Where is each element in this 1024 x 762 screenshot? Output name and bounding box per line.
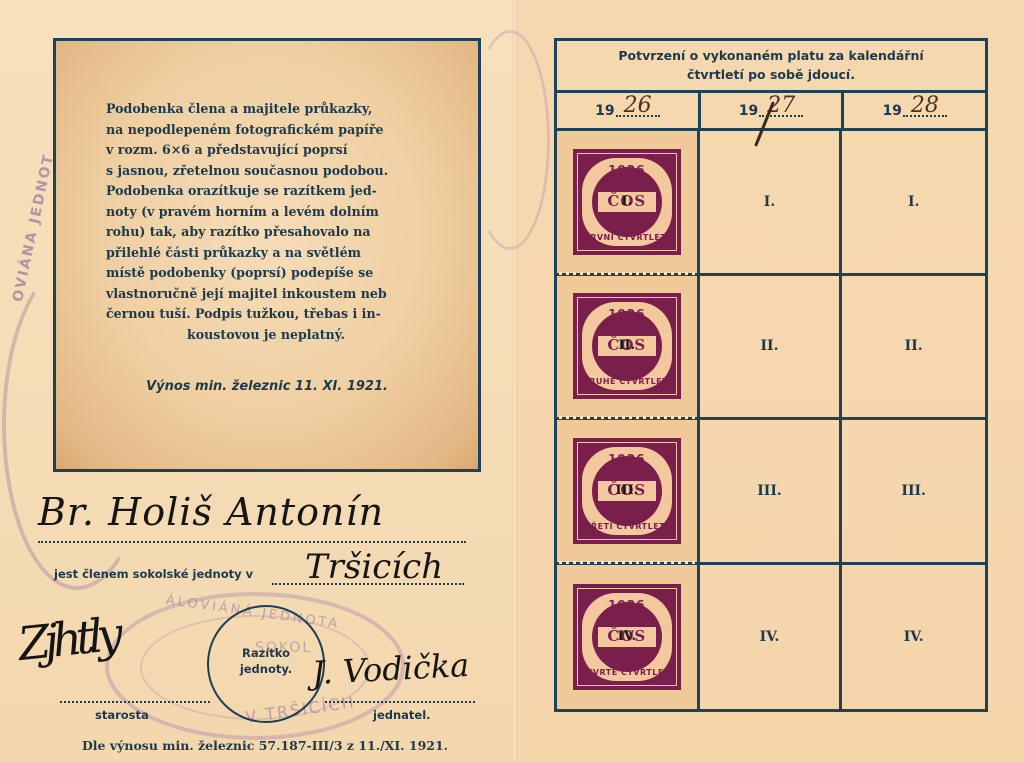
dues-stamp: 1926 ČOS TŘETÍ ČTVRTLETÍ III.: [573, 438, 681, 544]
name-dotted-line: [38, 541, 466, 543]
year-prefix: 19: [595, 103, 614, 119]
instruction-line: s jasnou, zřetelnou současnou podobou.: [106, 161, 426, 182]
perforation: [559, 416, 695, 419]
instruction-line: Podobenka orazítkuje se razítkem jed-: [106, 181, 426, 202]
photo-instructions: Podobenka člena a majitele průkazky, na …: [106, 99, 426, 345]
quarter-cell-1927-q3: III.: [700, 420, 843, 565]
stamp-quarter-text: PRVNÍ ČTVRTLETÍ: [573, 233, 681, 242]
stamp-overprint: I.: [573, 194, 681, 209]
quarter-cell-1927-q2: II.: [700, 276, 843, 421]
stamp-year: 1926: [573, 598, 681, 612]
decree-footer: Dle výnosu min. železnic 57.187-III/3 z …: [50, 738, 480, 753]
secretary-label: jednatel.: [373, 708, 431, 722]
perforation: [559, 561, 695, 564]
stamp-overprint: IV.: [573, 629, 681, 644]
stamp-quarter-text: TŘETÍ ČTVRTLETÍ: [573, 522, 681, 531]
photo-placeholder-box: Podobenka člena a majitele průkazky, na …: [53, 38, 481, 472]
instruction-line: přilehlé části průkazky a na světlém: [106, 243, 426, 264]
member-label: jest členem sokolské jednoty v: [54, 567, 253, 581]
unit-place: Tršicích: [305, 547, 443, 587]
year-prefix: 19: [882, 103, 901, 119]
quarter-cell-1928-q4: IV.: [842, 565, 985, 710]
stamp-year: 1926: [573, 163, 681, 177]
year-suffix-handwritten: 26: [616, 97, 660, 117]
year-suffix-handwritten: 28: [903, 97, 947, 117]
instruction-line: noty (v pravém horním a levém dolním: [106, 202, 426, 223]
chairman-dotted-line: [60, 701, 210, 703]
quarter-cell-1928-q1: I.: [842, 131, 985, 276]
stamp-label-line1: Razítko: [207, 645, 325, 661]
quarter-cell-1926-q2: 1926 ČOS DRUHÉ ČTVRTLETÍ II.: [557, 276, 700, 421]
instruction-line: místě podobenky (poprsí) podepíše se: [106, 263, 426, 284]
table-title: Potvrzení o vykonaném platu za kalendářn…: [557, 41, 985, 93]
stamp-quarter-text: ČTVRTÉ ČTVRTLETÍ: [573, 668, 681, 677]
quarter-grid: 1926 ČOS PRVNÍ ČTVRTLETÍ I. I. I. 1926 Č…: [557, 131, 985, 709]
dues-stamp: 1926 ČOS DRUHÉ ČTVRTLETÍ II.: [573, 293, 681, 399]
instruction-line: v rozm. 6×6 a představující poprsí: [106, 140, 426, 161]
chairman-signature: Zjhtly: [15, 607, 119, 671]
seal-stamp-right-arc: [470, 30, 550, 250]
table-title-line2: čtvrtletí po sobě jdoucí.: [557, 65, 985, 84]
perforation: [559, 272, 695, 275]
quarter-cell-1927-q1: I.: [700, 131, 843, 276]
year-header-1928: 1928: [844, 93, 985, 128]
year-header-1927: 1927: [701, 93, 845, 128]
instruction-line: rohu) tak, aby razítko přesahovalo na: [106, 222, 426, 243]
instruction-line: vlastnoručně její majitel inkoustem neb: [106, 284, 426, 305]
dues-stamp: 1926 ČOS ČTVRTÉ ČTVRTLETÍ IV.: [573, 584, 681, 690]
quarter-cell-1927-q4: IV.: [700, 565, 843, 710]
year-prefix: 19: [739, 103, 758, 119]
quarter-cell-1928-q2: II.: [842, 276, 985, 421]
table-title-line1: Potvrzení o vykonaném platu za kalendářn…: [557, 46, 985, 65]
year-header-row: 1926 1927 1928: [557, 93, 985, 131]
stamp-year: 1926: [573, 452, 681, 466]
quarter-cell-1926-q3: 1926 ČOS TŘETÍ ČTVRTLETÍ III.: [557, 420, 700, 565]
instruction-line: černou tuší. Podpis tužkou, třebas i in-: [106, 304, 426, 325]
stamp-overprint: II.: [573, 338, 681, 353]
photo-decree: Výnos min. železnic 11. XI. 1921.: [56, 379, 478, 394]
instruction-line: Podobenka člena a majitele průkazky,: [106, 99, 426, 120]
instruction-line: na nepodlepeném fotografickém papíře: [106, 120, 426, 141]
secretary-dotted-line: [325, 701, 475, 703]
year-header-1926: 1926: [557, 93, 701, 128]
stamp-circle-label: Razítko jednoty.: [207, 645, 325, 677]
stamp-quarter-text: DRUHÉ ČTVRTLETÍ: [573, 377, 681, 386]
stamp-year: 1926: [573, 307, 681, 321]
quarter-cell-1928-q3: III.: [842, 420, 985, 565]
chairman-label: starosta: [95, 708, 149, 722]
stamp-overprint: III.: [573, 483, 681, 498]
place-dotted-line: [272, 583, 464, 585]
quarter-cell-1926-q1: 1926 ČOS PRVNÍ ČTVRTLETÍ I.: [557, 131, 700, 276]
payment-confirmation-table: Potvrzení o vykonaném platu za kalendářn…: [554, 38, 988, 712]
dues-stamp: 1926 ČOS PRVNÍ ČTVRTLETÍ I.: [573, 149, 681, 255]
member-name: Br. Holiš Antonín: [38, 490, 384, 534]
stamp-label-line2: jednoty.: [207, 661, 325, 677]
instruction-line: koustovou je neplatný.: [106, 325, 426, 346]
quarter-cell-1926-q4: 1926 ČOS ČTVRTÉ ČTVRTLETÍ IV.: [557, 565, 700, 710]
